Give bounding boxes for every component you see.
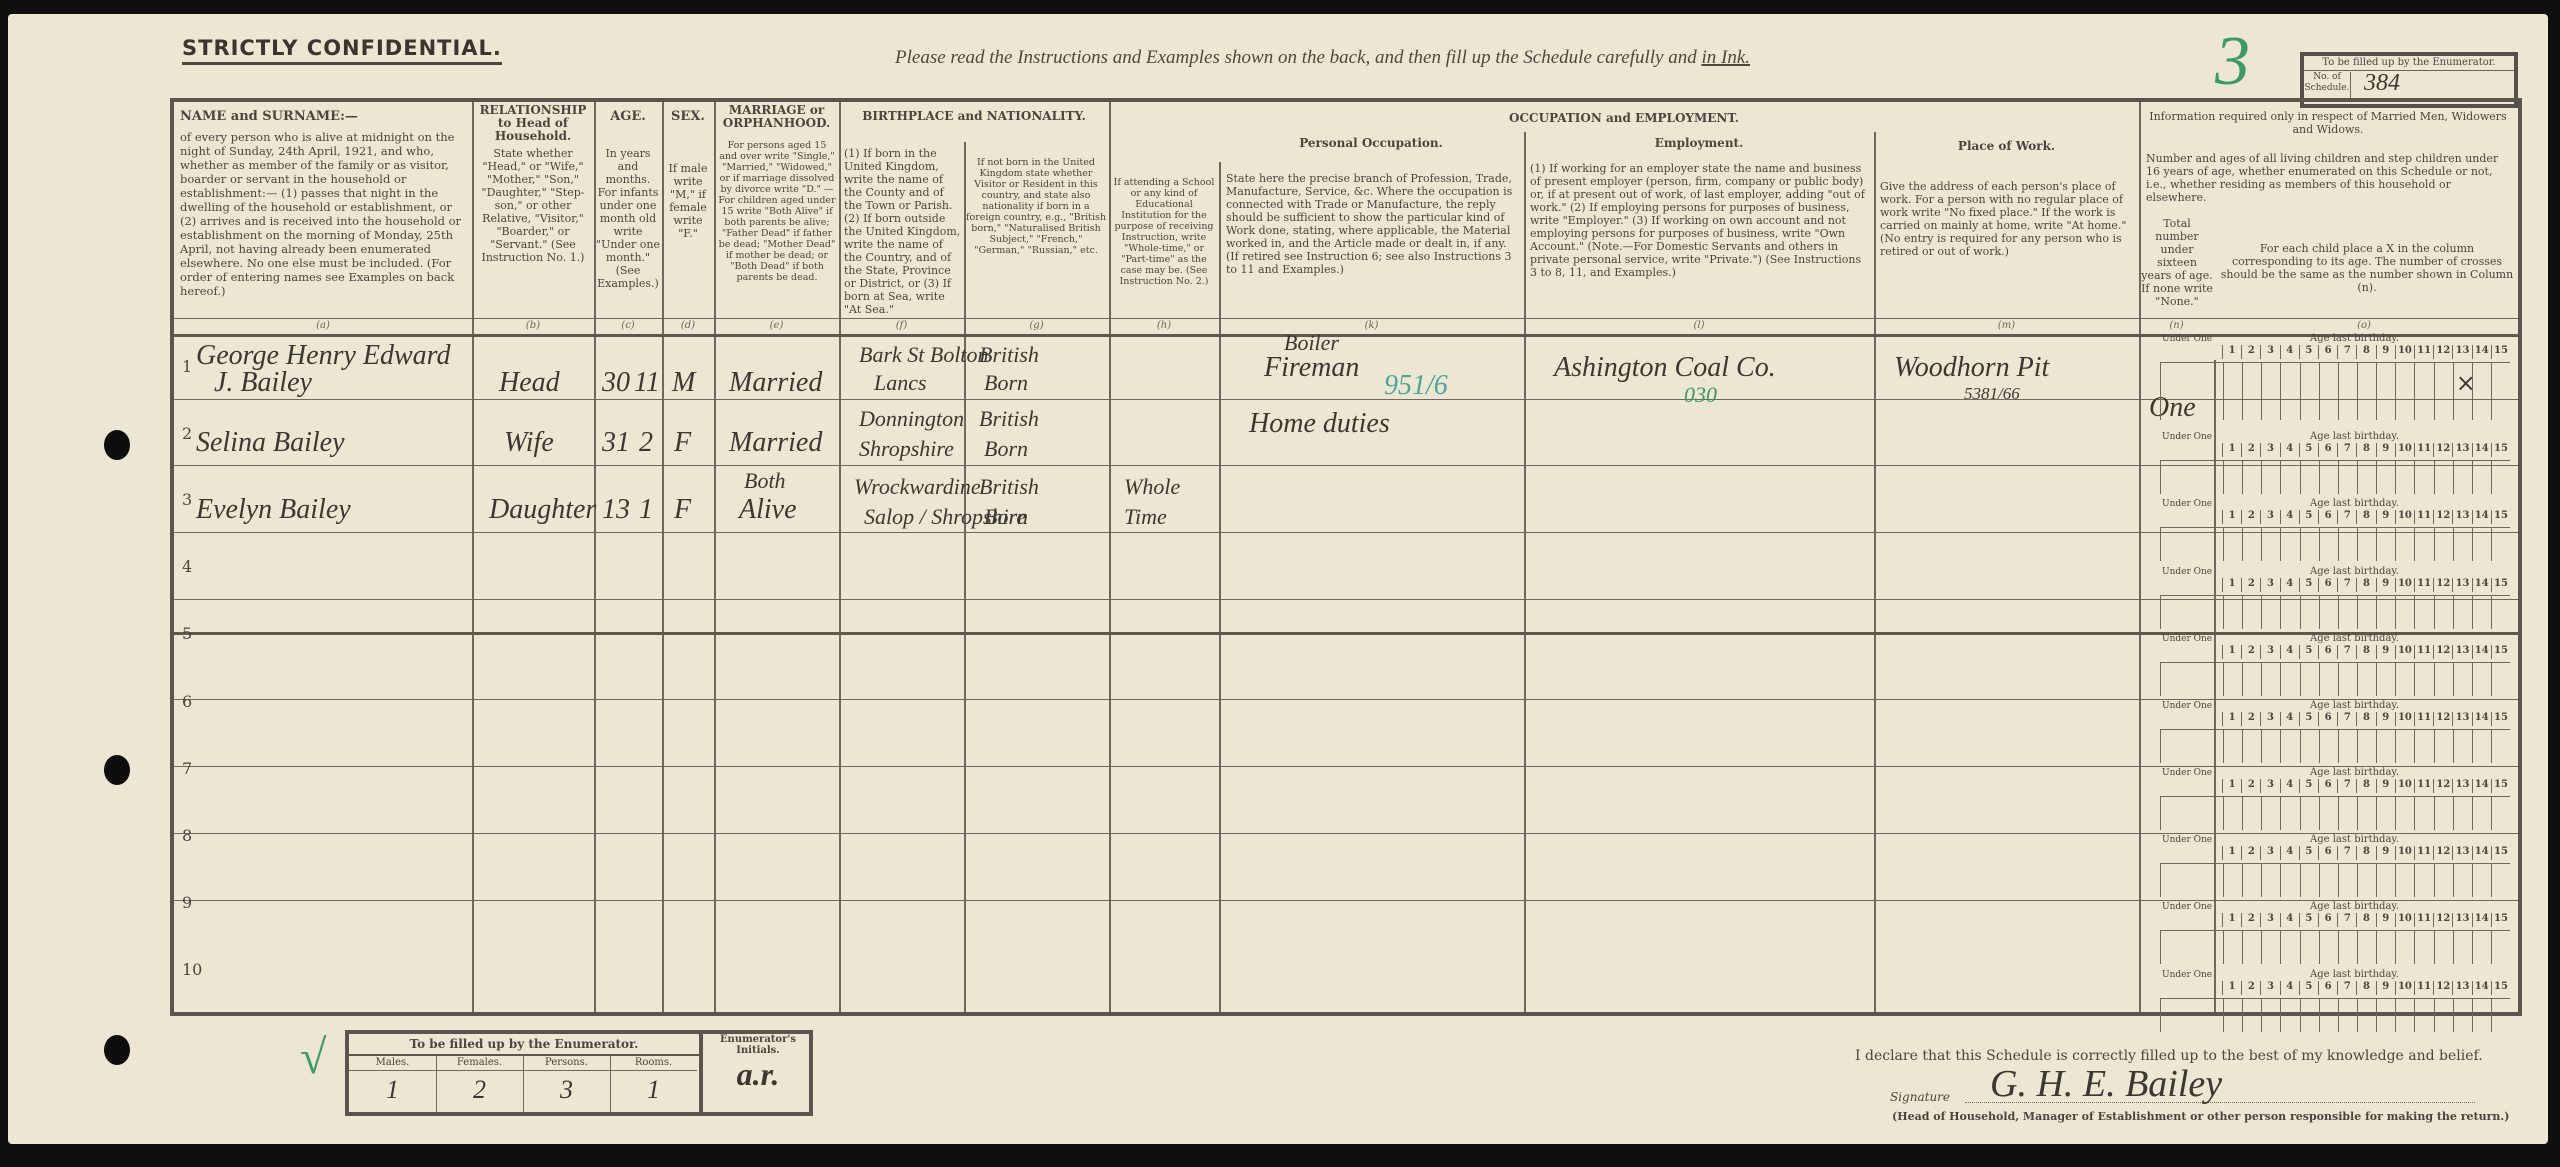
enumerator-initials: Enumerator's Initials.a.r.: [699, 1034, 813, 1112]
age-last-birthday-grid: Under OneAge last birthday.1234567891011…: [2160, 332, 2510, 420]
enumerator-box: To be filled up by the Enumerator. Males…: [345, 1030, 813, 1116]
instructions-line: Please read the Instructions and Example…: [895, 47, 1750, 69]
rooms-count: 1: [610, 1071, 697, 1109]
age-last-birthday-grid: Under OneAge last birthday.1234567891011…: [2160, 565, 2510, 629]
age-last-birthday-grid: Under OneAge last birthday.1234567891011…: [2160, 900, 2510, 964]
age-last-birthday-grid: Under OneAge last birthday.1234567891011…: [2160, 632, 2510, 696]
annotation-number: 3: [2215, 22, 2250, 102]
check-mark: √: [300, 1030, 326, 1085]
males-count: 1: [349, 1071, 436, 1109]
age-last-birthday-grid: Under OneAge last birthday.1234567891011…: [2160, 833, 2510, 897]
age-last-birthday-grid: Under OneAge last birthday.1234567891011…: [2160, 497, 2510, 561]
females-count: 2: [436, 1071, 523, 1109]
persons-count: 3: [523, 1071, 610, 1109]
age-last-birthday-grid: Under OneAge last birthday.1234567891011…: [2160, 766, 2510, 830]
punch-hole: [104, 430, 130, 460]
punch-hole: [104, 1035, 130, 1065]
age-last-birthday-grid: Under OneAge last birthday.1234567891011…: [2160, 968, 2510, 1032]
signature: G. H. E. Bailey: [1990, 1062, 2222, 1106]
schedule-number: 384: [2364, 70, 2400, 97]
document-title: STRICTLY CONFIDENTIAL.: [182, 36, 502, 65]
punch-hole: [104, 755, 130, 785]
age-last-birthday-grid: Under OneAge last birthday.1234567891011…: [2160, 699, 2510, 763]
age-last-birthday-grid: Under OneAge last birthday.1234567891011…: [2160, 430, 2510, 494]
signature-caption: (Head of Household, Manager of Establish…: [1892, 1110, 2509, 1123]
signature-label: Signature: [1890, 1090, 1950, 1104]
